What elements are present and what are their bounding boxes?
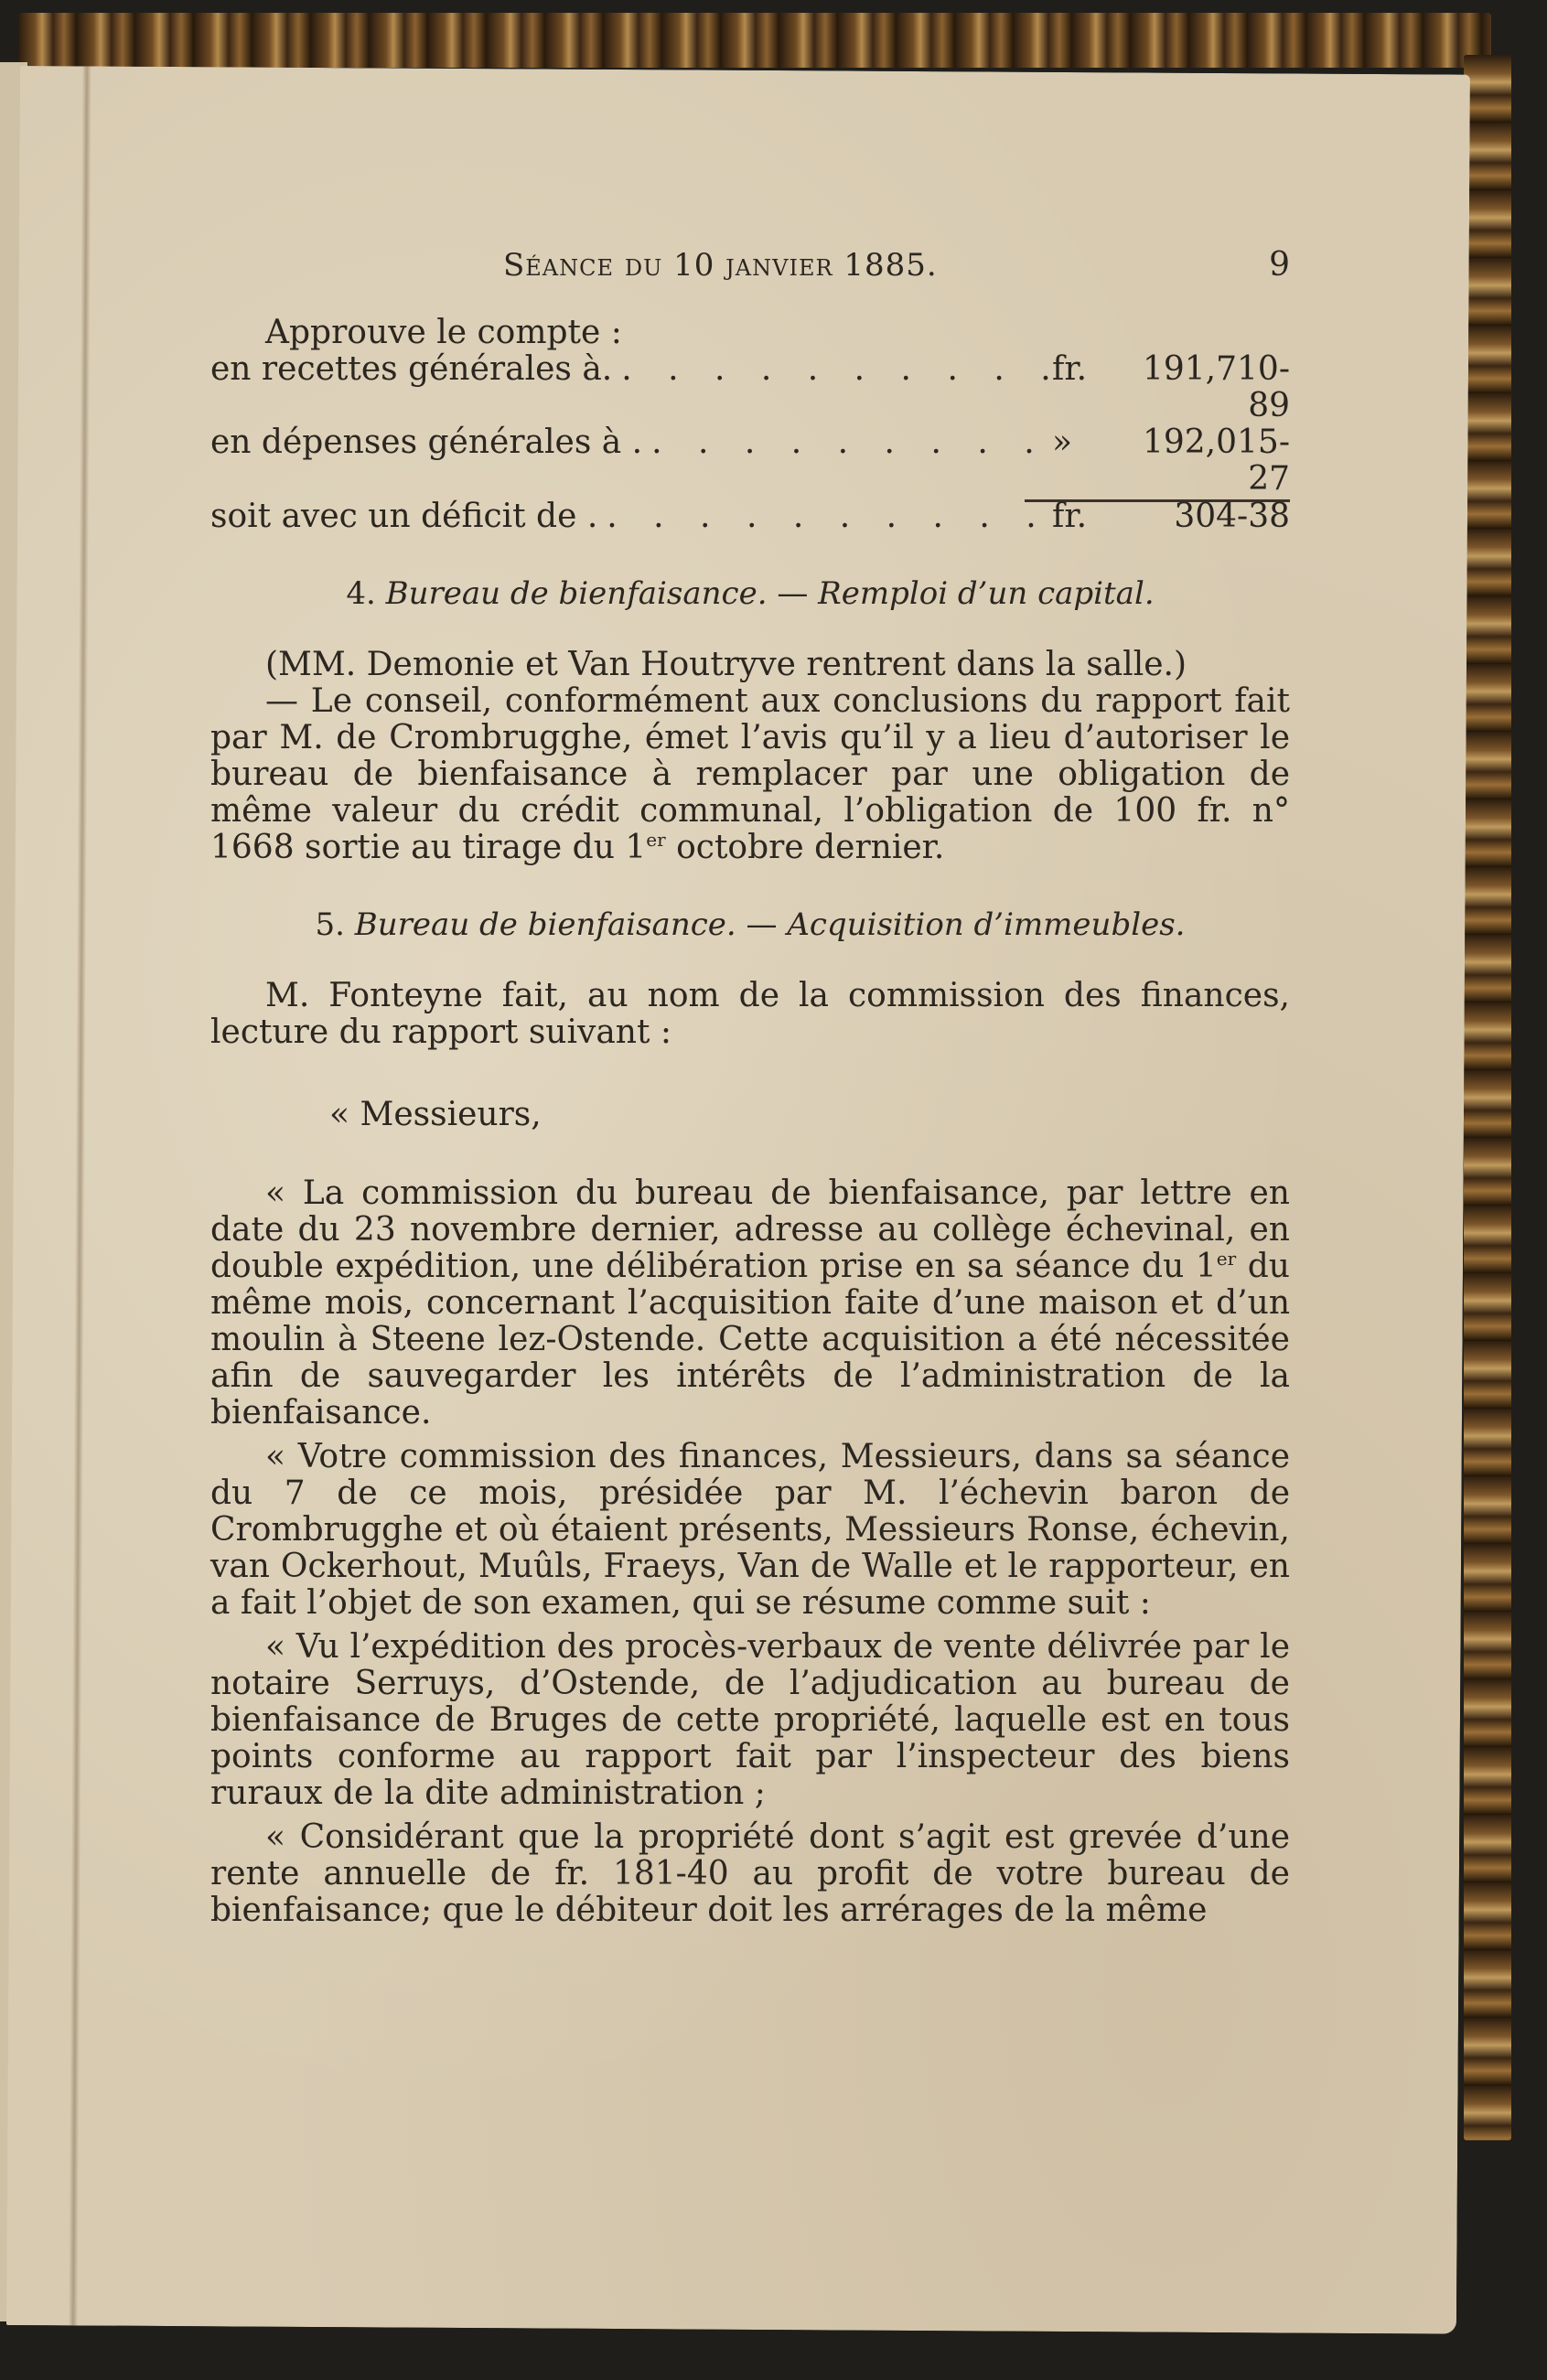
leader-dots: . . . . . . . . . . . . . . . . . . . . … — [597, 499, 1052, 535]
leader-dots: . . . . . . . . . . . . . . . . . . . . … — [642, 424, 1052, 461]
ledger-row-deficit: soit avec un déficit de . . . . . . . . … — [210, 499, 1290, 535]
page-text: Séance du 10 janvier 1885. 9 Approuve le… — [210, 247, 1290, 1929]
ledger-currency: » — [1052, 424, 1116, 461]
ledger-label: en recettes générales à. — [210, 351, 612, 388]
ledger-currency: fr. — [1052, 499, 1116, 535]
section-dash: — — [747, 906, 778, 943]
ledger-intro: Approuve le compte : — [210, 315, 1290, 351]
ledger-amount: 304-38 — [1116, 499, 1290, 535]
ordinal-suffix: er — [646, 829, 665, 851]
account-ledger: Approuve le compte : en recettes général… — [210, 315, 1290, 535]
ledger-label: en dépenses générales à . — [210, 424, 642, 461]
running-head: Séance du 10 janvier 1885. 9 — [274, 247, 1290, 284]
page-gutter-fold — [69, 66, 91, 2325]
ledger-currency: fr. — [1052, 351, 1116, 388]
ledger-label: soit avec un déficit de . — [210, 499, 597, 535]
report-intro: M. Fonteyne fait, au nom de la commissio… — [210, 978, 1290, 1051]
running-head-title: Séance du 10 janvier 1885. — [503, 247, 938, 284]
book-binding-top — [18, 13, 1491, 68]
salutation: « Messieurs, — [329, 1097, 1290, 1133]
council-decision: — Le conseil, conformément aux conclusio… — [210, 683, 1290, 866]
page-number: 9 — [1269, 247, 1290, 284]
section-heading-5: 5. Bureau de bienfaisance. — Acquisition… — [210, 906, 1290, 943]
section-number: 4. — [346, 575, 375, 612]
section-title-a: Bureau de bienfaisance. — [386, 575, 768, 612]
leader-dots: . . . . . . . . . . . . . . . . . . . . … — [612, 351, 1052, 388]
section-title-b: Acquisition d’immeubles. — [787, 906, 1185, 943]
ordinal-suffix: er — [1217, 1248, 1236, 1270]
section-title-a: Bureau de bienfaisance. — [355, 906, 736, 943]
report-paragraph-4: « Considérant que la propriété dont s’ag… — [210, 1819, 1290, 1929]
decision-text-end: octobre dernier. — [666, 829, 945, 866]
section-dash: — — [777, 575, 808, 612]
section-title-b: Remploi d’un capital. — [818, 575, 1155, 612]
attendance-note: (MM. Demonie et Van Houtryve rentrent da… — [210, 647, 1290, 683]
paragraph-text: « La commission du bureau de bienfaisanc… — [210, 1174, 1290, 1285]
report-paragraph-2: « Votre commission des finances, Messieu… — [210, 1439, 1290, 1622]
report-paragraph-1: « La commission du bureau de bienfaisanc… — [210, 1175, 1290, 1431]
ledger-amount: 191,710-89 — [1116, 351, 1290, 424]
report-paragraph-3: « Vu l’expédition des procès-verbaux de … — [210, 1629, 1290, 1812]
section-number: 5. — [316, 906, 345, 943]
ledger-amount: 192,015-27 — [1116, 424, 1290, 498]
section-heading-4: 4. Bureau de bienfaisance. — Remploi d’u… — [210, 575, 1290, 612]
ledger-row-receipts: en recettes générales à. . . . . . . . .… — [210, 351, 1290, 424]
ledger-row-expenses: en dépenses générales à . . . . . . . . … — [210, 424, 1290, 498]
book-binding-right — [1464, 55, 1511, 2140]
